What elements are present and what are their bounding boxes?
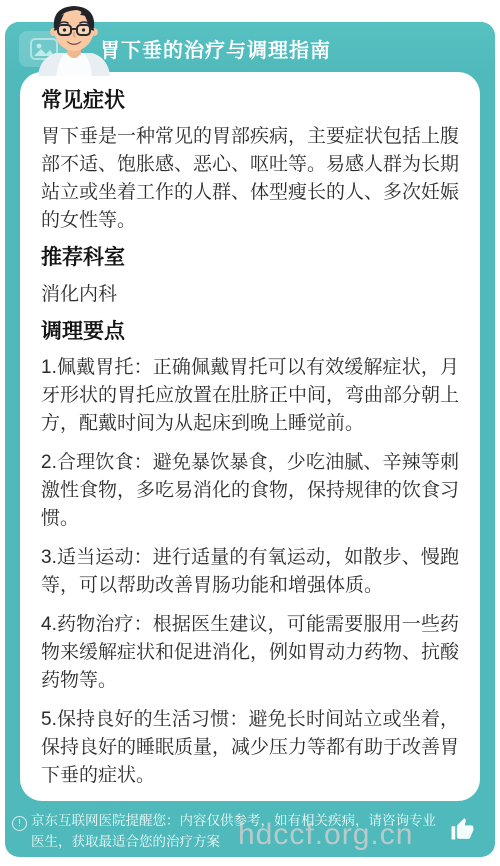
care-point-item-5: 5.保持良好的生活习惯：避免长时间站立或坐着，保持良好的睡眠质量，减少压力等都有…	[41, 706, 459, 790]
footer: ! 京东互联网医院提醒您：内容仅供参考，如有相关疾病，请咨询专业医生，获取最适合…	[10, 808, 490, 856]
section-heading-symptoms: 常见症状	[41, 88, 459, 114]
symptoms-paragraph: 胃下垂是一种常见的胃部疾病，主要症状包括上腹部不适、饱胀感、恶心、呕吐等。易感人…	[41, 123, 459, 235]
section-heading-department: 推荐科室	[41, 245, 459, 271]
thumbs-up-icon	[448, 815, 476, 843]
care-point-item-3: 3.适当运动：进行适量的有氧运动，如散步、慢跑等，可以帮助改善胃肠功能和增强体质…	[41, 544, 459, 600]
footer-disclaimer: 京东互联网医院提醒您：内容仅供参考，如有相关疾病，请咨询专业医生，获取最适合您的…	[31, 808, 443, 852]
section-heading-care-points: 调理要点	[41, 319, 459, 345]
care-point-item-2: 2.合理饮食：避免暴饮暴食，少吃油腻、辛辣等刺激性食物，多吃易消化的食物，保持规…	[41, 449, 459, 533]
thumbs-up-button[interactable]	[445, 812, 479, 846]
content-card: 常见症状 胃下垂是一种常见的胃部疾病，主要症状包括上腹部不适、饱胀感、恶心、呕吐…	[20, 72, 480, 801]
info-icon: !	[12, 816, 27, 831]
care-point-item-4: 4.药物治疗：根据医生建议，可能需要服用一些药物来缓解症状和促进消化，例如胃动力…	[41, 611, 459, 695]
page: { "header": { "title": "胃下垂的治疗与调理指南" }, …	[0, 0, 500, 866]
department-value: 消化内科	[41, 281, 459, 309]
care-point-item-1: 1.佩戴胃托：正确佩戴胃托可以有效缓解症状，月牙形状的胃托应放置在肚脐正中间，弯…	[41, 354, 459, 438]
page-title: 胃下垂的治疗与调理指南	[100, 22, 331, 74]
